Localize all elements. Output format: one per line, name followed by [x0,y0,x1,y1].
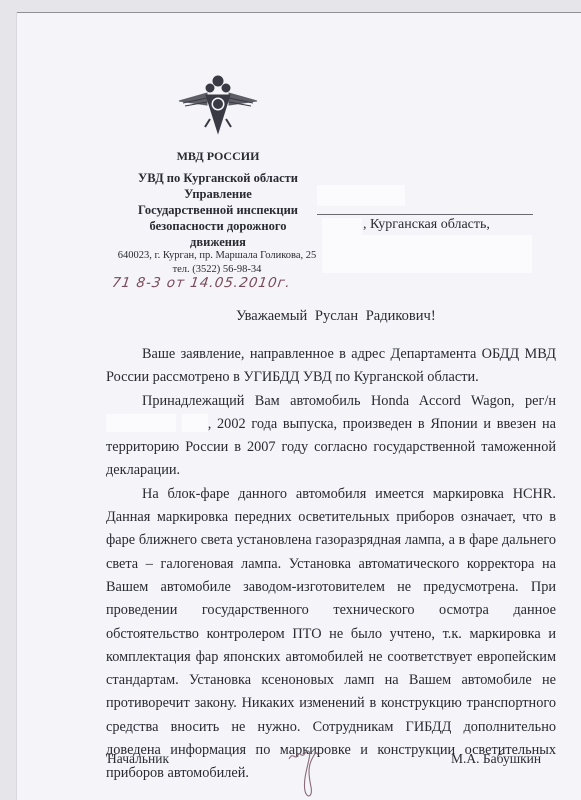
org-line: УВД по Курганской области [113,170,323,186]
org-line: Управление [113,186,323,202]
handwritten-registration-number: 71 8-3 от 14.05.2010г. [111,275,292,291]
letter-page: МВД РОССИИ УВД по Курганской области Упр… [17,12,581,800]
org-line: Государственной инспекции [113,202,323,218]
redacted-recipient-name [317,185,405,206]
redacted-recipient-street [322,235,532,273]
signer-title: Начальник [107,751,169,767]
body-paragraph: На блок-фаре данного автомобиля имеется … [106,483,556,786]
signer-name: М.А. Бабушкин [451,751,541,767]
org-address: 640023, г. Курган, пр. Маршала Голикова,… [87,249,347,263]
org-department-block: УВД по Курганской области Управление Гос… [113,170,323,250]
address-underline [317,214,533,215]
redacted-registration-plate [106,414,176,432]
org-contact-block: 640023, г. Курган, пр. Маршала Голикова,… [87,249,347,277]
double-headed-eagle-emblem-icon [177,71,259,141]
body-paragraph: Ваше заявление, направленное в адрес Деп… [106,343,556,390]
redacted-registration-plate-cont [182,414,208,432]
org-title: МВД РОССИИ [113,149,323,164]
handwritten-signature-icon [287,747,327,800]
org-line: движения [113,234,323,250]
salutation: Уважаемый Руслан Радикович! [236,308,436,325]
body-paragraph: Принадлежащий Вам автомобиль Honda Accor… [106,390,556,483]
recipient-region: , Курганская область, [363,217,490,233]
letter-body: Ваше заявление, направленное в адрес Деп… [106,343,556,786]
body-text-segment: Принадлежащий Вам автомобиль Honda Accor… [142,393,556,409]
org-line: безопасности дорожного [113,218,323,234]
